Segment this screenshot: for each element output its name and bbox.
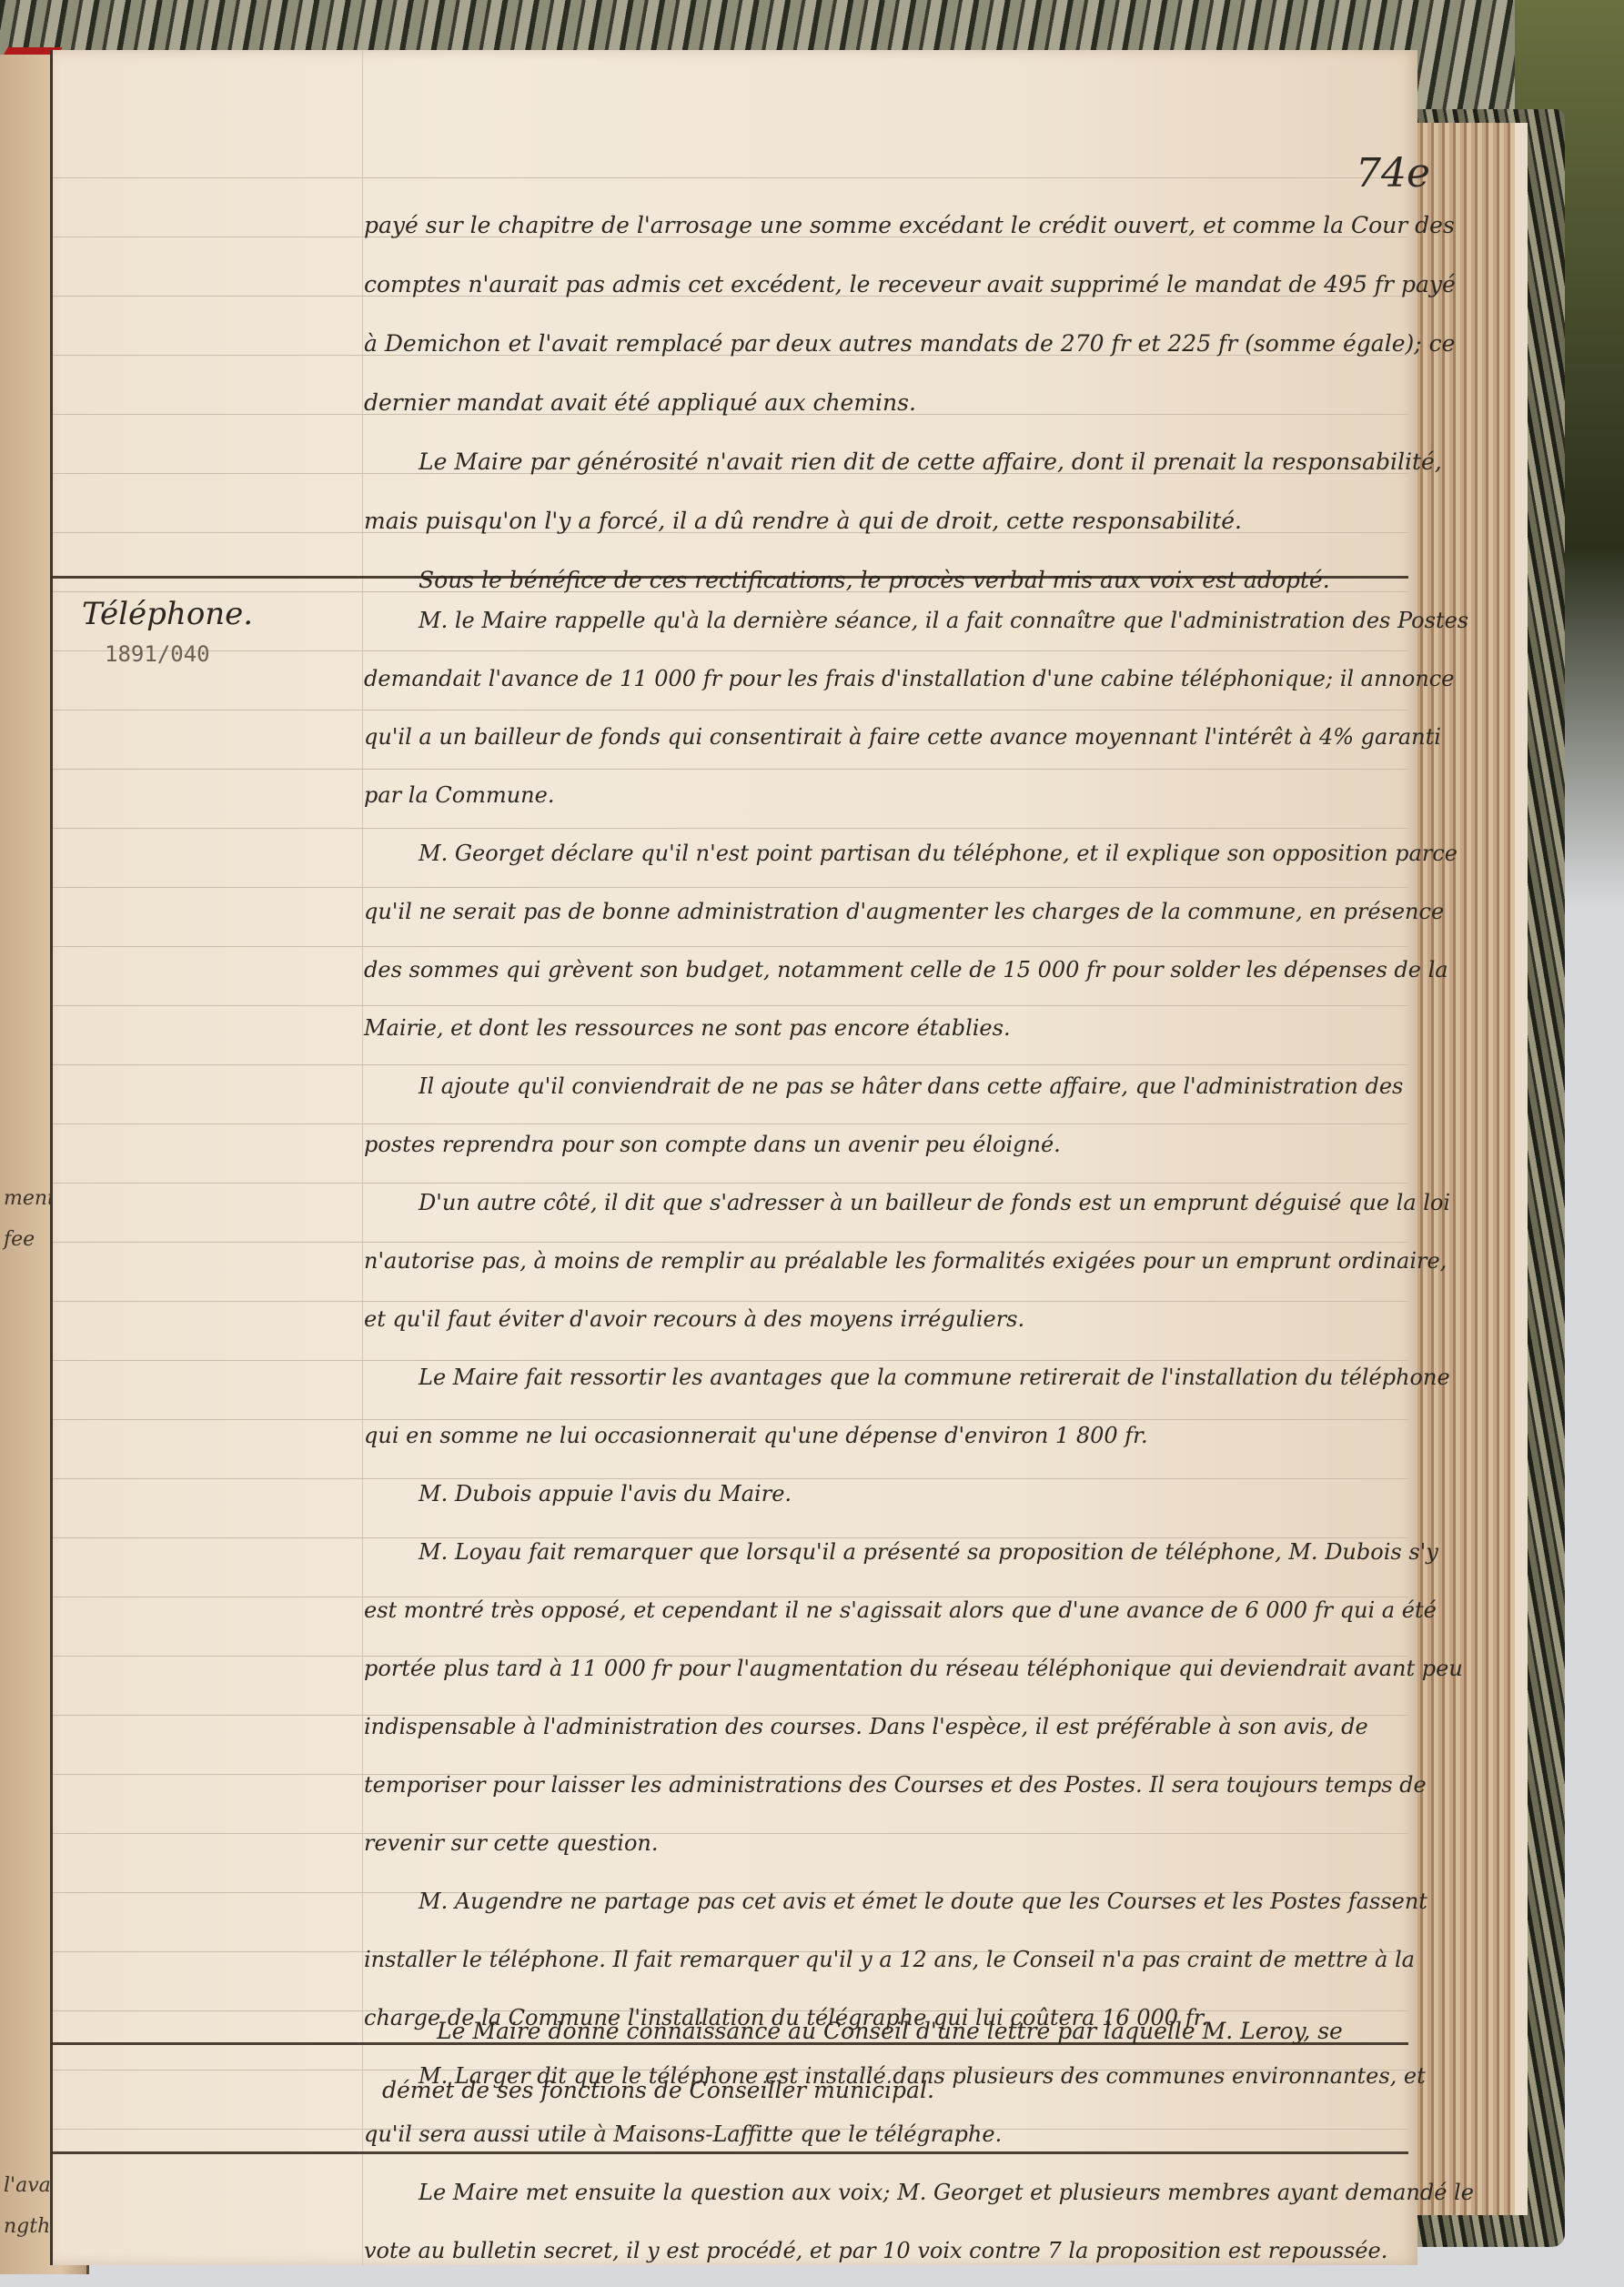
margin-heading-telephone: Téléphone. bbox=[82, 596, 253, 632]
minutes-paragraph: M. Georget déclare qu'il n'est point par… bbox=[364, 824, 1474, 1057]
minutes-paragraph: M. le Maire rappelle qu'à la dernière sé… bbox=[364, 591, 1474, 824]
minutes-paragraph: D'un autre côté, il dit que s'adresser à… bbox=[364, 1174, 1474, 1348]
minutes-paragraph: M. Dubois appuie l'avis du Maire. bbox=[364, 1465, 1474, 1523]
left-page-fragment: fee bbox=[4, 1228, 35, 1251]
page-number: 74e bbox=[1356, 150, 1430, 196]
left-page-fragment: ment bbox=[4, 1187, 55, 1210]
minutes-paragraph: M. Loyau fait remarquer que lorsqu'il a … bbox=[364, 1523, 1474, 1872]
minutes-paragraph: Il ajoute qu'il conviendrait de ne pas s… bbox=[364, 1057, 1474, 1174]
continuation-paragraph: payé sur le chapitre de l'arrosage une s… bbox=[364, 196, 1474, 432]
minutes-paragraph: Le Maire fait ressortir les avantages qu… bbox=[364, 1348, 1474, 1465]
resignation-section: Le Maire donne connaissance au Conseil d… bbox=[382, 2001, 1401, 2120]
margin-rule bbox=[362, 50, 363, 2265]
margin-reference-number: 1891/040 bbox=[105, 641, 210, 667]
continuation-paragraph: Le Maire par générosité n'avait rien dit… bbox=[364, 432, 1474, 550]
minutes-paragraph: Le Maire donne connaissance au Conseil d… bbox=[382, 2001, 1401, 2120]
continuation-block: payé sur le chapitre de l'arrosage une s… bbox=[364, 196, 1474, 610]
minutes-paragraph: Le Maire met ensuite la question aux voi… bbox=[364, 2163, 1474, 2280]
